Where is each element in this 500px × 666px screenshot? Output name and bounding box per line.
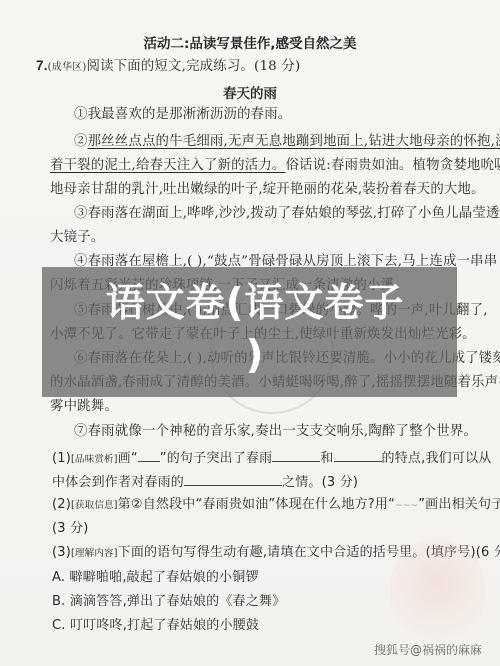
option-b: B. 滴滴答答,弹出了春姑娘的《春之舞》 bbox=[52, 593, 285, 611]
paragraph-3-line-1: ③春雨落在湖面上,哗哗,沙沙,拨动了春姑娘的琴弦,打碎了小鱼儿晶莹透亮的 bbox=[74, 205, 500, 223]
paragraph-2-line-1: ②那丝丝点点的牛毛细雨,无声无息地蹦到地面上,钻进大地母亲的怀抱,滋润 bbox=[74, 133, 500, 151]
answer-blank-1[interactable] bbox=[272, 448, 320, 462]
question-2-number: (2) bbox=[52, 497, 71, 512]
question-1-number: (1) bbox=[52, 451, 71, 466]
overlay-title-line-2: ) bbox=[55, 330, 455, 382]
question-2-line-2: (3 分) bbox=[52, 520, 89, 538]
paragraph-2-rest: 俗话说:春雨贵如油。植物贪婪地吮吸着大 bbox=[286, 158, 500, 173]
overlay-title: 语文卷(语文卷子 ) bbox=[55, 278, 455, 382]
wavy-line-symbol: ~~~ bbox=[395, 501, 418, 511]
question-1-text-d: 的特点,我们可以从 bbox=[382, 451, 492, 466]
question-1-line-2-b: 之情。(3 分) bbox=[282, 475, 358, 490]
story-title: 春天的雨 bbox=[0, 82, 500, 102]
answer-blank-2[interactable] bbox=[334, 448, 382, 462]
paragraph-7: ⑦春雨就像一个神秘的音乐家,奏出一支支交响乐,陶醉了整个世界。 bbox=[74, 423, 477, 441]
paragraph-2-marker: ② bbox=[74, 134, 88, 149]
question-1-text-c: 和 bbox=[320, 451, 333, 466]
question-1-text-a: 画“ bbox=[118, 451, 138, 466]
option-a: A. 噼噼啪啪,敲起了春姑娘的小铜锣 bbox=[52, 569, 259, 587]
paragraph-6-line-3: 雾中跳舞。 bbox=[50, 398, 118, 416]
question-2-text-a: 第②自然段中“春雨贵如油”体现在什么地方?用“ bbox=[118, 497, 395, 512]
question-1-line-2-a: 中体会到作者对春雨的 bbox=[52, 475, 184, 490]
question-district: (成华区) bbox=[48, 62, 87, 73]
question-number: 7. bbox=[36, 58, 48, 73]
question-2-tag: [获取信息] bbox=[71, 500, 118, 511]
paragraph-3-line-2: 大镜子。 bbox=[50, 229, 104, 247]
question-2-text-b: ”画出相关句子。 bbox=[418, 497, 500, 512]
paragraph-1: ①我最喜欢的是那淅淅沥沥的春雨。 bbox=[74, 106, 291, 124]
underlined-sentence: 那丝丝点点的牛毛细雨,无声无息地蹦到地面上,钻进大地母亲的怀抱,滋润 bbox=[88, 134, 500, 149]
question-header: 7.(成华区)阅读下面的短文,完成练习。(18 分) bbox=[36, 57, 300, 77]
overlay-title-line-1: 语文卷(语文卷子 bbox=[55, 278, 455, 330]
question-3-tag: [理解内容] bbox=[71, 548, 118, 559]
activity-title: 活动二:品读写景佳作,感受自然之美 bbox=[0, 32, 500, 52]
question-1-tag: [品味赏析] bbox=[71, 454, 118, 465]
question-1-line-2: 中体会到作者对春雨的之情。(3 分) bbox=[52, 472, 358, 492]
question-1-text-b: ”的句子突出了春雨 bbox=[160, 451, 273, 466]
question-instruction: 阅读下面的短文,完成练习。(18 分) bbox=[86, 59, 300, 74]
paragraph-2-line-3: 地母亲甘甜的乳汁,吐出嫩绿的叶子,绽开艳丽的花朵,装扮着春天的大地。 bbox=[50, 181, 485, 199]
paragraph-2-line-2: 着干裂的泥土,给春天注入了新的活力。俗话说:春雨贵如油。植物贪婪地吮吸着大 bbox=[50, 157, 500, 175]
underlined-sentence-end: 着干裂的泥土,给春天注入了新的活力。 bbox=[50, 158, 286, 173]
question-2-line-1: (2)[获取信息]第②自然段中“春雨贵如油”体现在什么地方?用“~~~”画出相关… bbox=[52, 496, 500, 515]
question-3-number: (3) bbox=[52, 545, 71, 560]
option-c: C. 叮叮咚咚,打起了春姑娘的小腰鼓 bbox=[52, 617, 259, 635]
answer-blank-3[interactable] bbox=[184, 472, 282, 486]
source-watermark: 搜狐号@祸祸的麻麻 bbox=[374, 641, 482, 658]
question-1-line-1: (1)[品味赏析]画“”的句子突出了春雨和的特点,我们可以从 bbox=[52, 448, 491, 469]
faded-mascot-image bbox=[390, 540, 485, 645]
underline-symbol-blank bbox=[138, 448, 160, 462]
